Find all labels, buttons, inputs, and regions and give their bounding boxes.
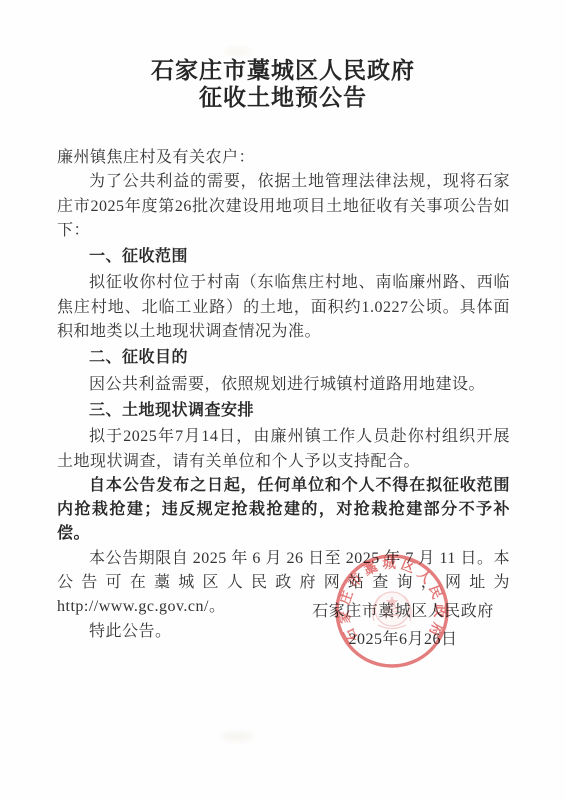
paragraph: 拟征收你村位于村南（东临焦庄村地、南临廉州路、西临焦庄村地、北临工业路）的土地，… [57,271,510,344]
title-line-1: 石家庄市藁城区人民政府 [0,57,566,84]
section-heading-1: 一、征收范围 [57,245,510,269]
signature-date: 2025年6月26日 [310,626,496,654]
section-heading-3: 三、土地现状调查安排 [57,399,510,423]
document-title: 石家庄市藁城区人民政府 征收土地预公告 [0,57,566,111]
section-heading-2: 二、征收目的 [57,346,510,370]
paragraph: 为了公共利益的需要，依据土地管理法律法规，现将石家庄市2025年度第26批次建设… [57,170,510,243]
title-line-2: 征收土地预公告 [0,84,566,111]
signature-issuer: 石家庄市藁城区人民政府 [310,598,496,626]
salutation: 廉州镇焦庄村及有关农户： [57,146,510,170]
scan-smudge [225,48,251,55]
scan-smudge [222,732,252,741]
signature-block: 石家庄市藁城区人民政府 2025年6月26日 [310,598,496,654]
document-body: 廉州镇焦庄村及有关农户： 为了公共利益的需要，依据土地管理法律法规，现将石家庄市… [57,146,510,644]
paragraph: 因公共利益需要，依照规划进行城镇村道路用地建设。 [57,373,510,397]
document-page: 石家庄市藁城区人民政府 征收土地预公告 廉州镇焦庄村及有关农户： 为了公共利益的… [0,0,566,800]
paragraph: 拟于2025年7月14日，由廉州镇工作人员赴你村组织开展土地现状调查，请有关单位… [57,425,510,474]
warning-paragraph: 自本公告发布之日起，任何单位和个人不得在拟征收范围内抢栽抢建；违反规定抢栽抢建的… [57,474,510,547]
